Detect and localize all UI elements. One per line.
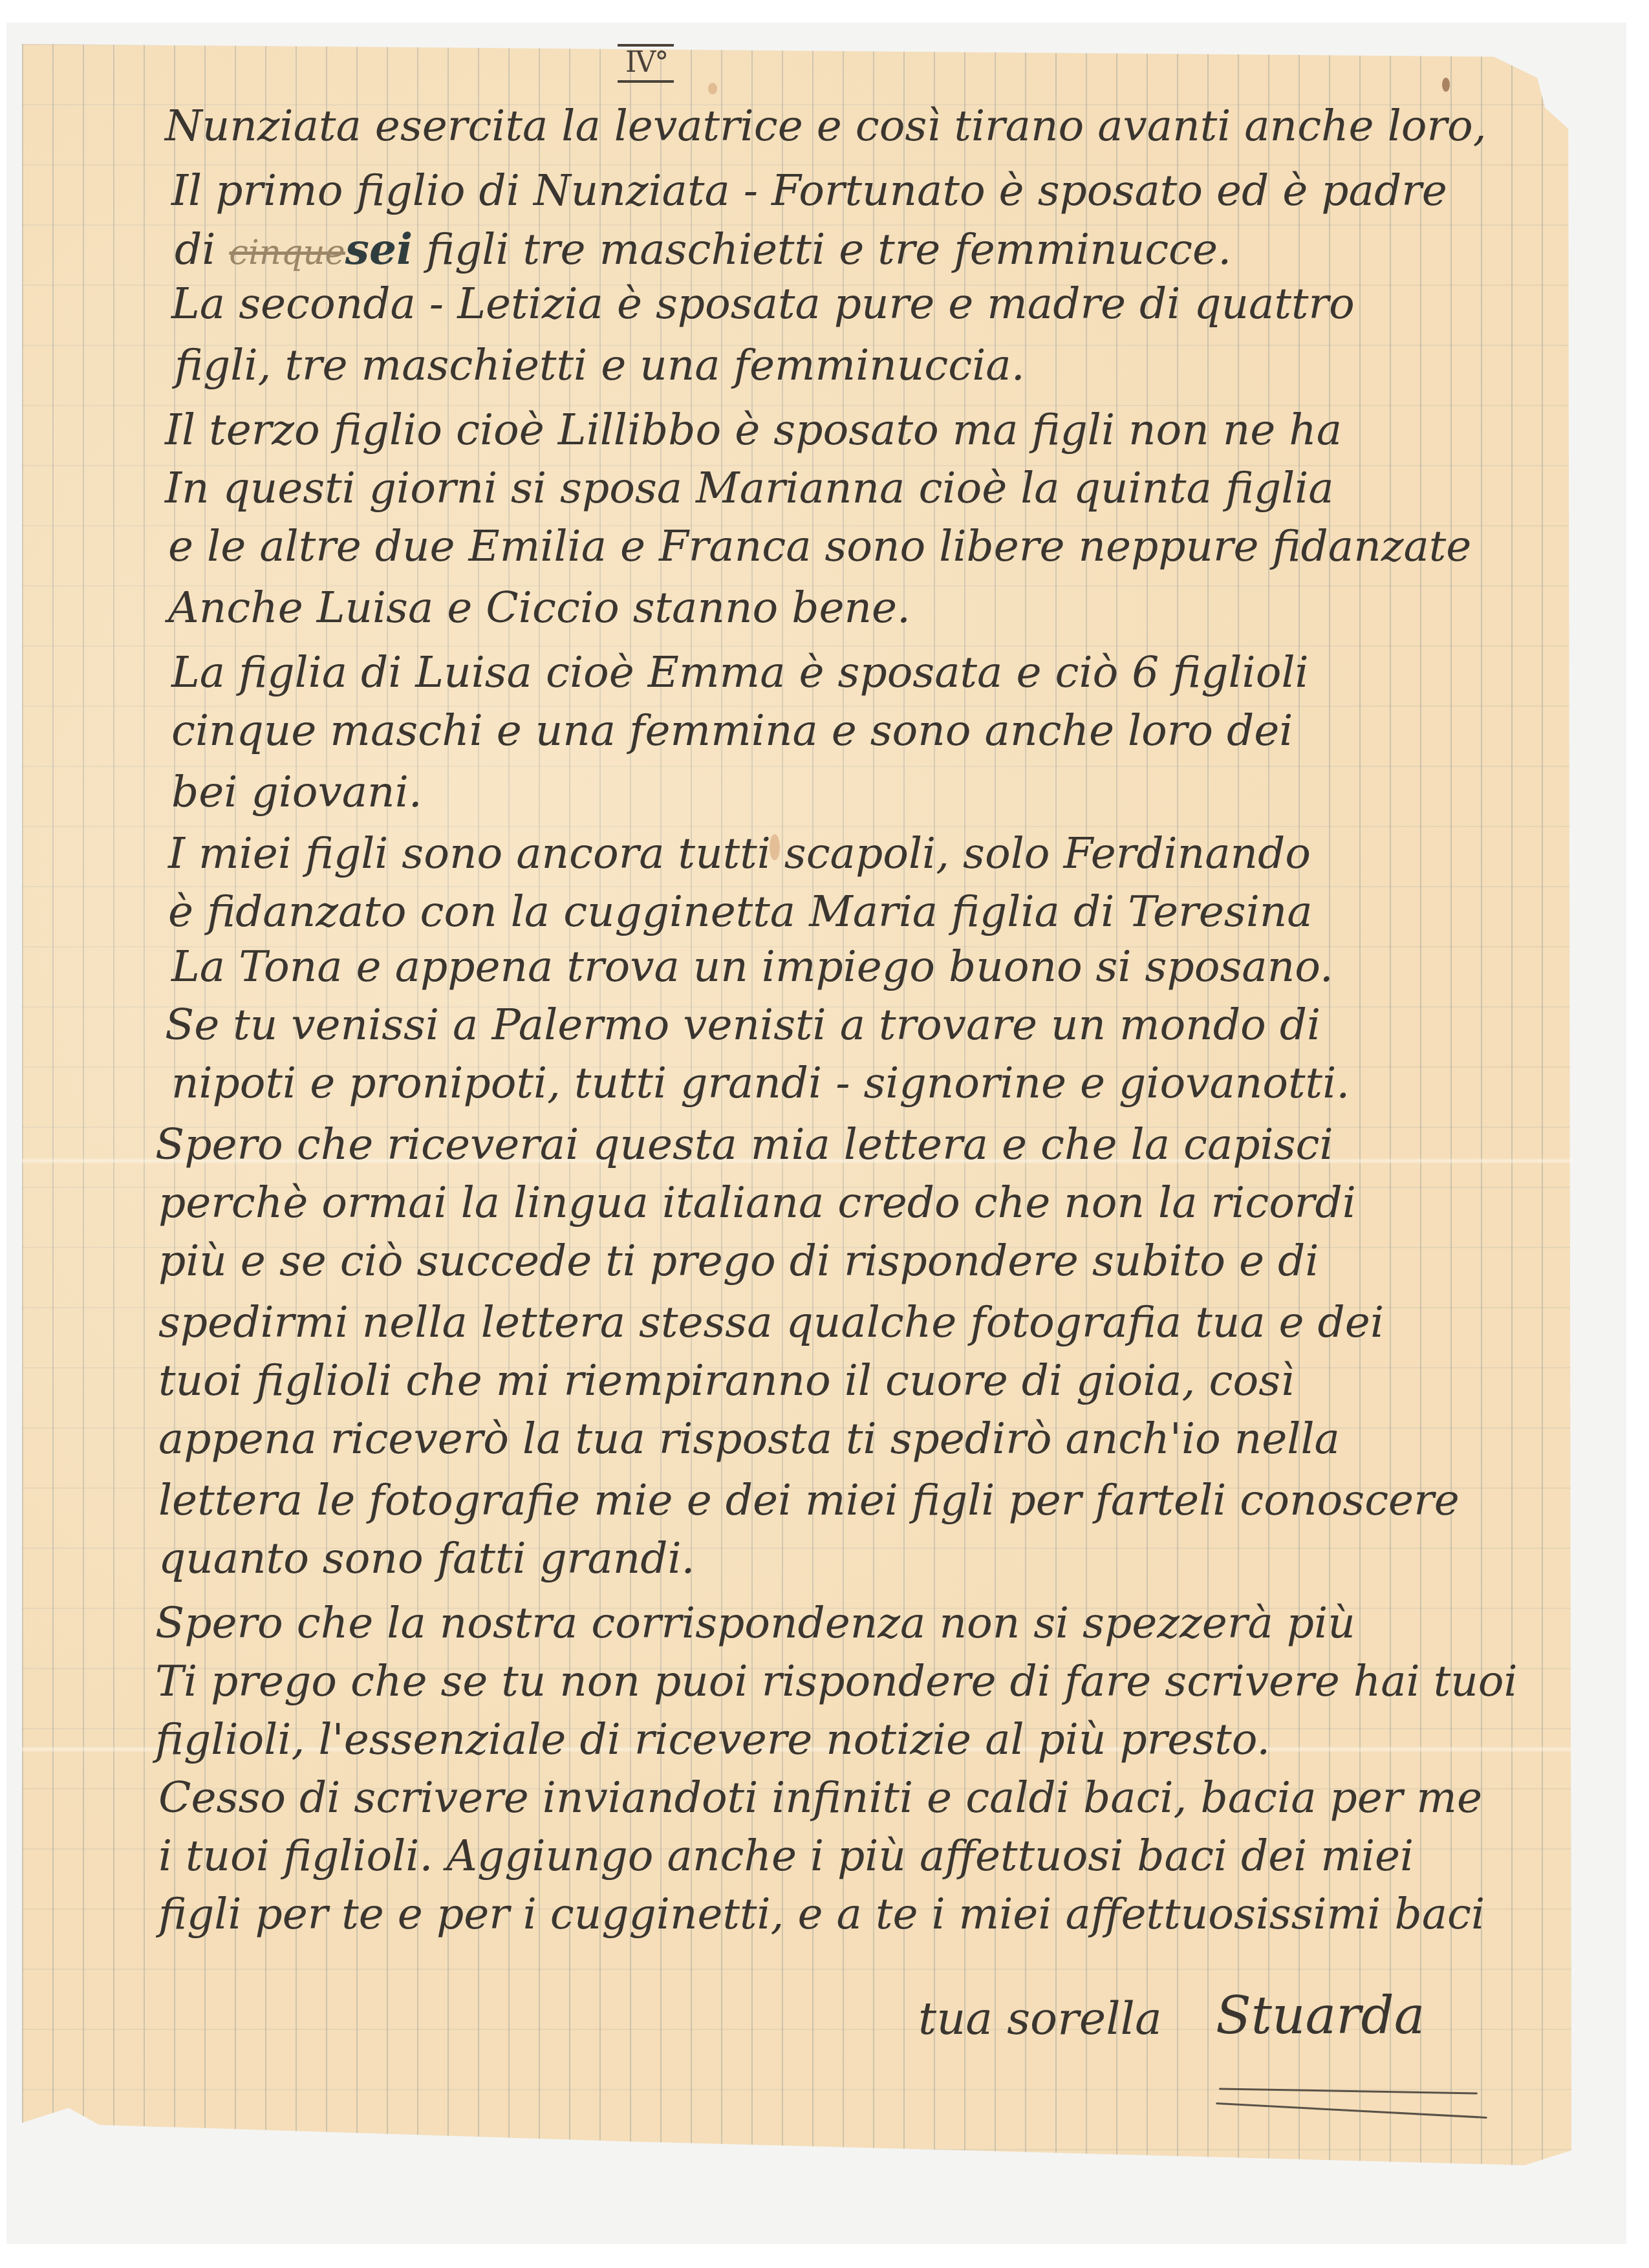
line-text: Spero che riceverai questa mia lettera e… [155,1119,1333,1169]
letter-line: La figlia di Luisa cioè Emma è sposata e… [171,647,1309,698]
line-text: Il terzo figlio cioè Lillibbo è sposato … [165,405,1342,455]
letter-line: figli per te e per i cugginetti, e a te … [158,1888,1485,1940]
line-text: tuoi figlioli che mi riempiranno il cuor… [158,1355,1294,1405]
line-text: I miei figli sono ancora tutti scapoli, … [168,828,1311,878]
letter-line: Ti prego che se tu non puoi rispondere d… [155,1656,1518,1707]
ink-stain [708,83,717,94]
letter-line: La seconda - Letizia è sposata pure e ma… [171,278,1355,330]
line-text: appena riceverò la tua risposta ti spedi… [158,1414,1340,1463]
letter-line: di cinquesei figli tre maschietti e tre … [175,223,1231,279]
letter-line: Il terzo figlio cioè Lillibbo è sposato … [165,404,1342,456]
line-text: cinque maschi e una femmina e sono anche… [171,706,1293,755]
line-text: spedirmi nella lettera stessa qualche fo… [158,1297,1384,1347]
line-text: i tuoi figlioli. Aggiungo anche i più af… [158,1831,1414,1881]
line-text: figli per te e per i cugginetti, e a te … [158,1889,1485,1939]
letter-line: Anche Luisa e Ciccio stanno bene. [168,582,911,634]
line-text: lettera le fotografie mie e dei miei fig… [158,1475,1460,1525]
letter-line: i tuoi figlioli. Aggiungo anche i più af… [158,1830,1414,1882]
letter-line: quanto sono fatti grandi. [158,1533,695,1584]
line-text: La seconda - Letizia è sposata pure e ma… [171,279,1355,329]
letter-line: perchè ormai la lingua italiana credo ch… [158,1177,1356,1229]
line-text: La Tona e appena trova un impiego buono … [171,942,1333,991]
letter-line: Il primo figlio di Nunziata - Fortunato … [171,165,1447,217]
line-text: figlioli, l'essenziale di ricevere notiz… [155,1714,1270,1764]
letter-line: Spero che riceverai questa mia lettera e… [155,1119,1333,1171]
line-text: Anche Luisa e Ciccio stanno bene. [168,583,911,632]
line-text: Ti prego che se tu non puoi rispondere d… [155,1656,1518,1706]
line-text: quanto sono fatti grandi. [158,1533,695,1583]
letter-line: spedirmi nella lettera stessa qualche fo… [158,1297,1384,1348]
letter-line: lettera le fotografie mie e dei miei fig… [158,1474,1460,1526]
line-text: Nunziata esercita la levatrice e così ti… [165,101,1487,151]
letter-line: figlioli, l'essenziale di ricevere notiz… [155,1714,1270,1766]
struck-word: cinque [229,233,345,272]
letter-line: cinque maschi e una femmina e sono anche… [171,705,1293,757]
closing-salutation: tua sorella [918,1992,1162,2045]
line-text: figli, tre maschietti e una femminuccia. [175,340,1025,390]
letter-line: bei giovani. [171,766,422,818]
line-text: Spero che la nostra corrispondenza non s… [155,1598,1355,1648]
line-text: di [175,224,229,274]
line-text: figli tre maschietti e tre femminucce. [413,224,1231,274]
letter-line: Nunziata esercita la levatrice e così ti… [165,100,1549,152]
letter-line: tuoi figlioli che mi riempiranno il cuor… [158,1355,1294,1407]
letter-line: e le altre due Emilia e Franca sono libe… [168,521,1471,572]
line-text: bei giovani. [171,767,422,817]
letter-line: appena riceverò la tua risposta ti spedi… [158,1413,1340,1465]
line-text: perchè ormai la lingua italiana credo ch… [158,1178,1356,1227]
line-text: In questi giorni si sposa Marianna cioè … [165,463,1334,513]
letter-line: La Tona e appena trova un impiego buono … [171,941,1333,993]
letter-line: Spero che la nostra corrispondenza non s… [155,1597,1355,1649]
line-text: Se tu venissi a Palermo venisti a trovar… [165,1000,1320,1050]
letter-line: I miei figli sono ancora tutti scapoli, … [168,828,1311,880]
line-text: nipoti e pronipoti, tutti grandi - signo… [171,1058,1350,1108]
letter-line: più e se ciò succede ti prego di rispond… [158,1235,1319,1287]
letter-line: Cesso di scrivere inviandoti infiniti e … [158,1772,1482,1824]
letter-line: nipoti e pronipoti, tutti grandi - signo… [171,1057,1350,1109]
line-text: è fidanzato con la cugginetta Maria figl… [168,887,1313,936]
letter-line: figli, tre maschietti e una femminuccia. [175,340,1025,391]
line-text: e le altre due Emilia e Franca sono libe… [168,521,1471,571]
line-text: Cesso di scrivere inviandoti infiniti e … [158,1773,1482,1822]
letter-line: è fidanzato con la cugginetta Maria figl… [168,886,1313,938]
letter-line: Se tu venissi a Palermo venisti a trovar… [165,999,1320,1051]
ink-stain [1442,78,1450,92]
page-number-marker: IV° [618,44,674,83]
line-text: La figlia di Luisa cioè Emma è sposata e… [171,647,1309,697]
corrected-word: sei [345,224,413,274]
line-text: più e se ciò succede ti prego di rispond… [158,1236,1319,1286]
line-text: Il primo figlio di Nunziata - Fortunato … [171,166,1447,215]
signature: Stuarda [1216,1985,1425,2046]
letter-line: In questi giorni si sposa Marianna cioè … [165,462,1334,514]
